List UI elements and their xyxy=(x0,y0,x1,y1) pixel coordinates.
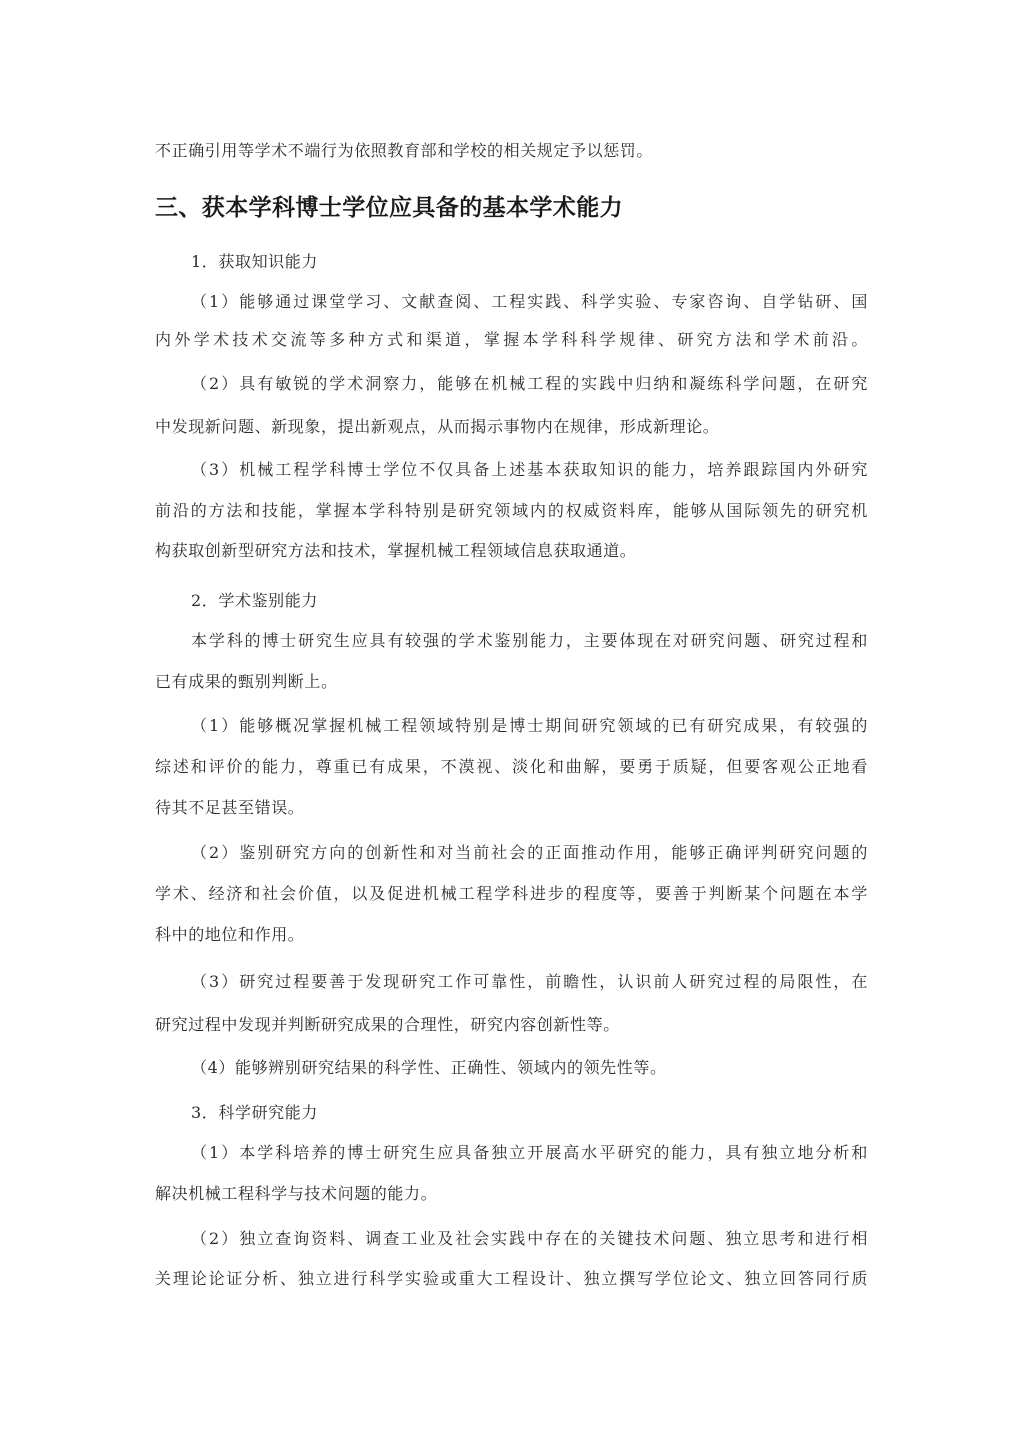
paragraph-line: 解决机械工程科学与技术问题的能力。 xyxy=(155,1183,437,1205)
paragraph-line: （3）研究过程要善于发现研究工作可靠性，前瞻性，认识前人研究过程的局限性，在 xyxy=(191,971,868,993)
paragraph-line: 综述和评价的能力，尊重已有成果，不漠视、淡化和曲解，要勇于质疑，但要客观公正地看 xyxy=(155,756,868,778)
paragraph-line: （1）本学科培养的博士研究生应具备独立开展高水平研究的能力，具有独立地分析和 xyxy=(191,1142,868,1164)
subsection-title-3: 3．科学研究能力 xyxy=(191,1102,318,1124)
subsection-title-1: 1．获取知识能力 xyxy=(191,251,318,273)
paragraph-line: （2）独立查询资料、调查工业及社会实践中存在的关键技术问题、独立思考和进行相 xyxy=(191,1228,868,1250)
carryover-line: 不正确引用等学术不端行为依照教育部和学校的相关规定予以惩罚。 xyxy=(155,140,653,162)
paragraph-line: 内外学术技术交流等多种方式和渠道，掌握本学科科学规律、研究方法和学术前沿。 xyxy=(155,329,868,351)
paragraph-line: 已有成果的甄别判断上。 xyxy=(155,671,338,693)
paragraph-line: （1）能够通过课堂学习、文献查阅、工程实践、科学实验、专家咨询、自学钻研、国 xyxy=(191,291,868,313)
section-heading: 三、获本学科博士学位应具备的基本学术能力 xyxy=(155,193,623,223)
paragraph-line: （3）机械工程学科博士学位不仅具备上述基本获取知识的能力，培养跟踪国内外研究 xyxy=(191,459,868,481)
paragraph-line: （1）能够概况掌握机械工程领域特别是博士期间研究领域的已有研究成果，有较强的 xyxy=(191,715,868,737)
paragraph-line: 关理论论证分析、独立进行科学实验或重大工程设计、独立撰写学位论文、独立回答同行质 xyxy=(155,1268,868,1290)
paragraph-line: 本学科的博士研究生应具有较强的学术鉴别能力，主要体现在对研究问题、研究过程和 xyxy=(191,630,868,652)
paragraph-line: 前沿的方法和技能，掌握本学科特别是研究领域内的权威资料库，能够从国际领先的研究机 xyxy=(155,500,868,522)
paragraph-line: （2）具有敏锐的学术洞察力，能够在机械工程的实践中归纳和凝练科学问题，在研究 xyxy=(191,373,868,395)
paragraph-line: 学术、经济和社会价值，以及促进机械工程学科进步的程度等，要善于判断某个问题在本学 xyxy=(155,883,868,905)
paragraph-line: （4）能够辨别研究结果的科学性、正确性、领域内的领先性等。 xyxy=(191,1057,667,1079)
paragraph-line: 待其不足甚至错误。 xyxy=(155,797,304,819)
paragraph-line: 构获取创新型研究方法和技术，掌握机械工程领域信息获取通道。 xyxy=(155,540,636,562)
paragraph-line: 中发现新问题、新现象，提出新观点，从而揭示事物内在规律，形成新理论。 xyxy=(155,416,719,438)
paragraph-line: （2）鉴别研究方向的创新性和对当前社会的正面推动作用，能够正确评判研究问题的 xyxy=(191,842,868,864)
paragraph-line: 科中的地位和作用。 xyxy=(155,924,304,946)
paragraph-line: 研究过程中发现并判断研究成果的合理性，研究内容创新性等。 xyxy=(155,1014,620,1036)
subsection-title-2: 2．学术鉴别能力 xyxy=(191,590,318,612)
